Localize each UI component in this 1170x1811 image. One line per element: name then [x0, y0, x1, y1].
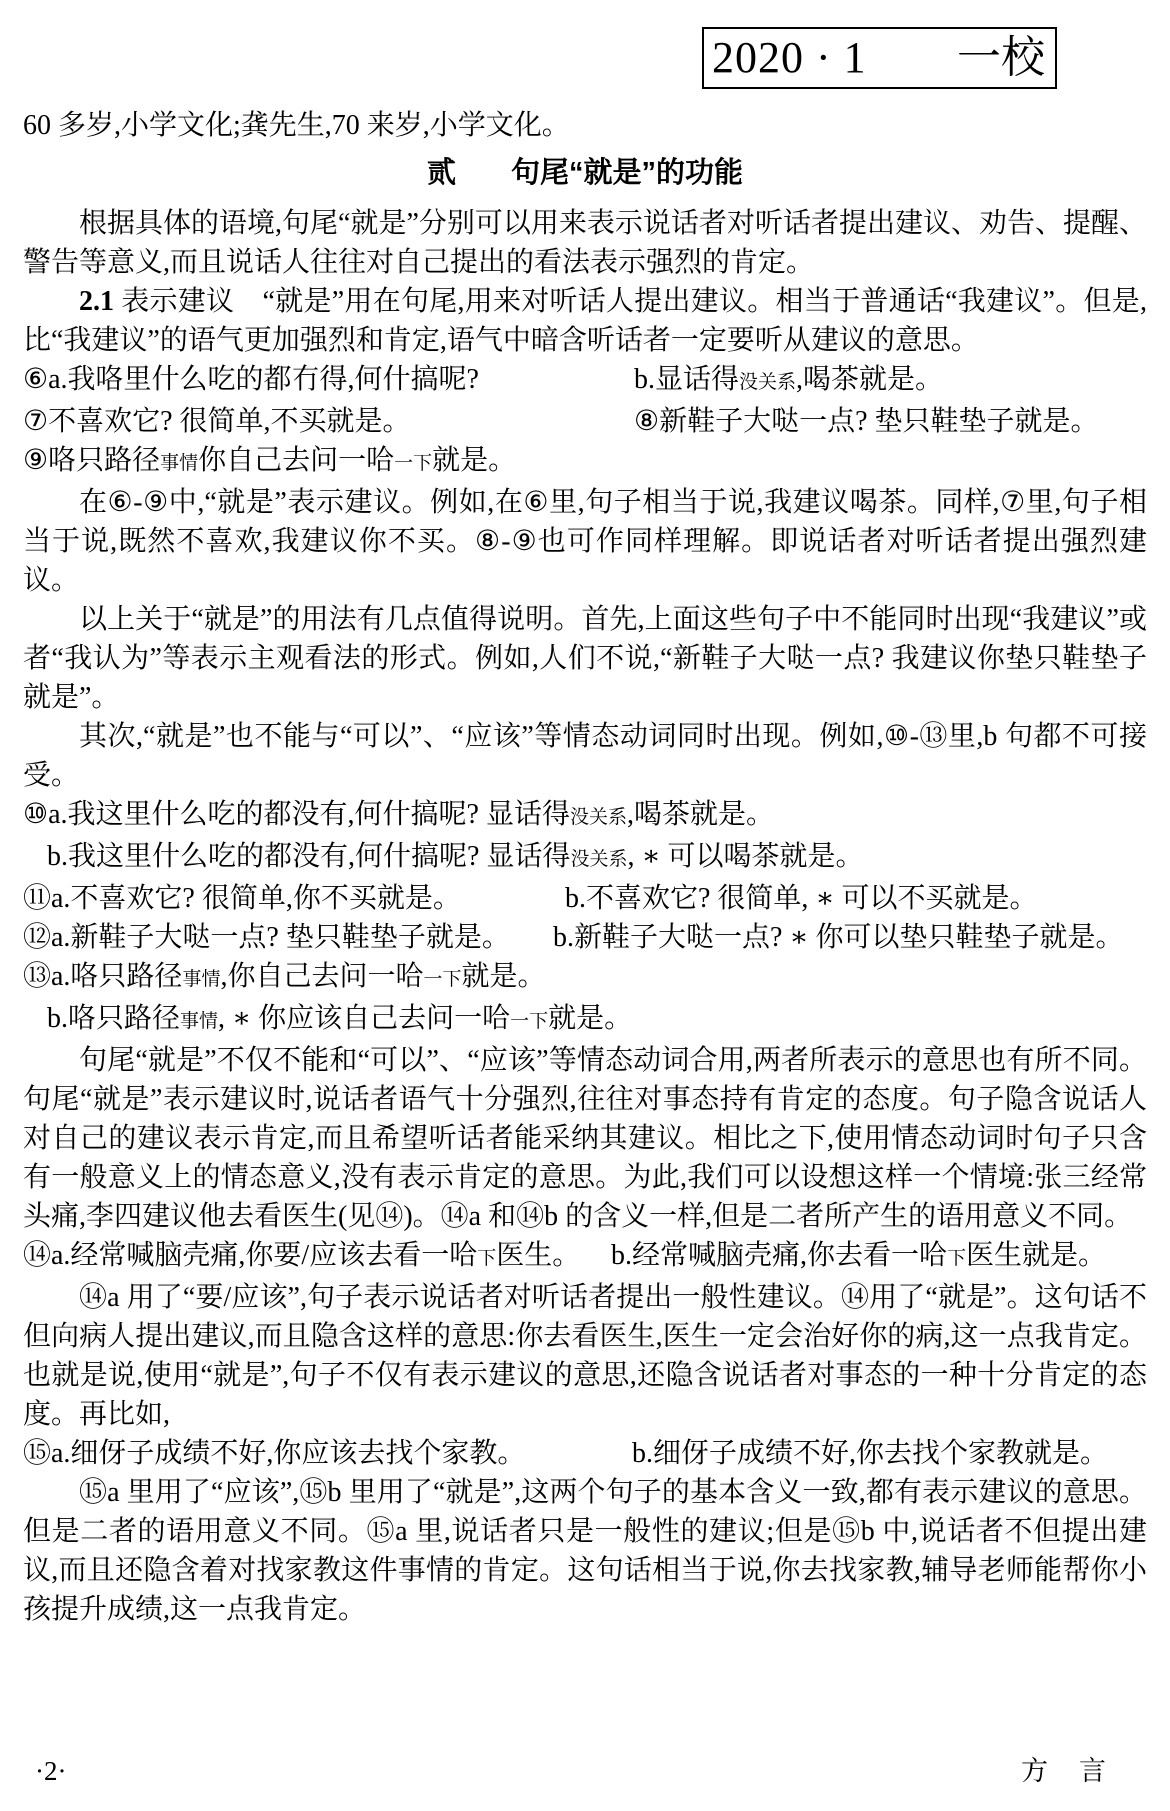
example-row-15: ⑮a.细伢子成绩不好,你应该去找个家教。 b.细伢子成绩不好,你去找个家教就是。 [23, 1434, 1147, 1473]
example-11a: ⑪a.不喜欢它? 很简单,你不买就是。 [23, 879, 565, 918]
paragraph-4: 以上关于“就是”的用法有几点值得说明。首先,上面这些句子中不能同时出现“我建议”… [23, 600, 1147, 717]
text-run: b.经常喊脑壳痛,你去看一哈 [611, 1240, 947, 1271]
gloss-text-run: 下 [477, 1248, 496, 1269]
gloss-text-run: 事情 [180, 1011, 218, 1032]
example-15a: ⑮a.细伢子成绩不好,你应该去找个家教。 [23, 1434, 632, 1473]
example-14b: b.经常喊脑壳痛,你去看一哈下医生就是。 [611, 1236, 1147, 1278]
document-page: 2020 · 1 一校 60 多岁,小学文化;龚先生,70 来岁,小学文化。 贰… [0, 0, 1170, 1811]
text-run: ⑨咯只路径 [23, 445, 160, 476]
text-run: ,你自己去问一哈 [220, 961, 423, 992]
gloss-text-run: 一下 [394, 453, 432, 474]
paragraph-5: 其次,“就是”也不能与“可以”、“应该”等情态动词同时出现。例如,⑩-⑬里,b … [23, 717, 1147, 795]
text-run: b.我这里什么吃的都没有,何什搞呢? 显话得 [47, 841, 570, 872]
example-6b: b.显话得没关系,喝茶就是。 [634, 360, 1147, 402]
gloss-text-run: 没关系 [739, 372, 796, 393]
text-run: ⑫a.新鞋子大哒一点? 垫只鞋垫子就是。 [23, 922, 510, 953]
text-run: 就是。 [432, 445, 516, 476]
paragraph-3: 在⑥-⑨中,“就是”表示建议。例如,在⑥里,句子相当于说,我建议喝茶。同样,⑦里… [23, 483, 1147, 600]
text-run: 医生就是。 [966, 1240, 1106, 1271]
paragraph-7: ⑭a 用了“要/应该”,句子表示说话者对听话者提出一般性建议。⑭用了“就是”。这… [23, 1278, 1147, 1434]
proof-stamp-box: 2020 · 1 一校 [702, 27, 1057, 89]
text-run: ⑦不喜欢它? 很简单,不买就是。 [23, 406, 411, 437]
text-run: ⑧新鞋子大哒一点? 垫只鞋垫子就是。 [634, 406, 1099, 437]
proof-round-mark: 一校 [957, 36, 1045, 80]
text-run: ⑮a.细伢子成绩不好,你应该去找个家教。 [23, 1438, 525, 1469]
text-run: 医生。 [496, 1240, 580, 1271]
example-12a: ⑫a.新鞋子大哒一点? 垫只鞋垫子就是。 [23, 918, 553, 957]
example-13a: ⑬a.咯只路径事情,你自己去问一哈一下就是。 [23, 957, 1147, 999]
text-run: 表示建议 “就是”用在句尾,用来对听话人提出建议。相当于普通话“我建议”。但是,… [23, 286, 1147, 356]
gloss-text-run: 事情 [182, 969, 220, 990]
text-run: , ∗ 你应该自己去问一哈 [218, 1003, 510, 1034]
example-row-14: ⑭a.经常喊脑壳痛,你要/应该去看一哈下医生。 b.经常喊脑壳痛,你去看一哈下医… [23, 1236, 1147, 1278]
example-12b: b.新鞋子大哒一点? ∗ 你可以垫只鞋垫子就是。 [553, 918, 1147, 957]
paragraph-1: 根据具体的语境,句尾“就是”分别可以用来表示说话者对听话者提出建议、劝告、提醒、… [23, 204, 1147, 282]
example-6a: ⑥a.我咯里什么吃的都冇得,何什搞呢? [23, 360, 634, 402]
journal-name: 方 言 [1021, 1758, 1108, 1785]
example-row-7-8: ⑦不喜欢它? 很简单,不买就是。 ⑧新鞋子大哒一点? 垫只鞋垫子就是。 [23, 402, 1147, 441]
text-run: 就是。 [548, 1003, 632, 1034]
text-run: ⑩a.我这里什么吃的都没有,何什搞呢? 显话得 [23, 799, 570, 830]
text-run: b.咯只路径 [47, 1003, 180, 1034]
example-9: ⑨咯只路径事情你自己去问一哈一下就是。 [23, 441, 1147, 483]
text-run: ⑪a.不喜欢它? 很简单,你不买就是。 [23, 883, 461, 914]
example-14a: ⑭a.经常喊脑壳痛,你要/应该去看一哈下医生。 [23, 1236, 611, 1278]
text-run: ⑭a.经常喊脑壳痛,你要/应该去看一哈 [23, 1240, 477, 1271]
text-run: , ∗ 可以喝茶就是。 [627, 841, 863, 872]
text-run: b.不喜欢它? 很简单, ∗ 可以不买就是。 [565, 883, 1037, 914]
gloss-text-run: 没关系 [570, 807, 627, 828]
page-footer: ·2· 方 言 [35, 1758, 1108, 1785]
gloss-text-run: 一下 [423, 969, 461, 990]
gloss-text-run: 事情 [160, 453, 198, 474]
gloss-text-run: 没关系 [570, 849, 627, 870]
example-row-11: ⑪a.不喜欢它? 很简单,你不买就是。 b.不喜欢它? 很简单, ∗ 可以不买就… [23, 879, 1147, 918]
section-title: 句尾“就是”的功能 [511, 157, 743, 189]
text-run: 就是。 [461, 961, 545, 992]
page-body: 60 多岁,小学文化;龚先生,70 来岁,小学文化。 贰句尾“就是”的功能 根据… [23, 0, 1147, 1629]
text-run: ⑬a.咯只路径 [23, 961, 182, 992]
paragraph-2: 2.1 表示建议 “就是”用在句尾,用来对听话人提出建议。相当于普通话“我建议”… [23, 282, 1147, 360]
text-run: b.新鞋子大哒一点? ∗ 你可以垫只鞋垫子就是。 [553, 922, 1123, 953]
example-8: ⑧新鞋子大哒一点? 垫只鞋垫子就是。 [634, 402, 1147, 441]
text-run: b.细伢子成绩不好,你去找个家教就是。 [632, 1438, 1108, 1469]
text-run: ⑥a.我咯里什么吃的都冇得,何什搞呢? [23, 364, 479, 395]
example-15b: b.细伢子成绩不好,你去找个家教就是。 [632, 1434, 1147, 1473]
gloss-text-run: 一下 [510, 1011, 548, 1032]
page-number: ·2· [35, 1758, 66, 1785]
text-run: 2.1 [79, 286, 121, 317]
example-row-6: ⑥a.我咯里什么吃的都冇得,何什搞呢? b.显话得没关系,喝茶就是。 [23, 360, 1147, 402]
issue-number: 2020 · 1 [712, 36, 867, 80]
paragraph-8: ⑮a 里用了“应该”,⑮b 里用了“就是”,这两个句子的基本含义一致,都有表示建… [23, 1473, 1147, 1629]
example-10b: b.我这里什么吃的都没有,何什搞呢? 显话得没关系, ∗ 可以喝茶就是。 [23, 837, 1147, 879]
example-7: ⑦不喜欢它? 很简单,不买就是。 [23, 402, 634, 441]
example-13b: b.咯只路径事情, ∗ 你应该自己去问一哈一下就是。 [23, 999, 1147, 1041]
example-10a: ⑩a.我这里什么吃的都没有,何什搞呢? 显话得没关系,喝茶就是。 [23, 795, 1147, 837]
paragraph-6: 句尾“就是”不仅不能和“可以”、“应该”等情态动词合用,两者所表示的意思也有所不… [23, 1041, 1147, 1236]
text-run: b.显话得 [634, 364, 739, 395]
example-row-12: ⑫a.新鞋子大哒一点? 垫只鞋垫子就是。 b.新鞋子大哒一点? ∗ 你可以垫只鞋… [23, 918, 1147, 957]
text-run: ,喝茶就是。 [627, 799, 774, 830]
gloss-text-run: 下 [947, 1248, 966, 1269]
carryover-line: 60 多岁,小学文化;龚先生,70 来岁,小学文化。 [23, 106, 1147, 145]
text-run: ,喝茶就是。 [796, 364, 943, 395]
text-run: 你自己去问一哈 [198, 445, 394, 476]
section-number: 贰 [427, 157, 456, 189]
example-11b: b.不喜欢它? 很简单, ∗ 可以不买就是。 [565, 879, 1147, 918]
section-heading: 贰句尾“就是”的功能 [23, 154, 1147, 193]
